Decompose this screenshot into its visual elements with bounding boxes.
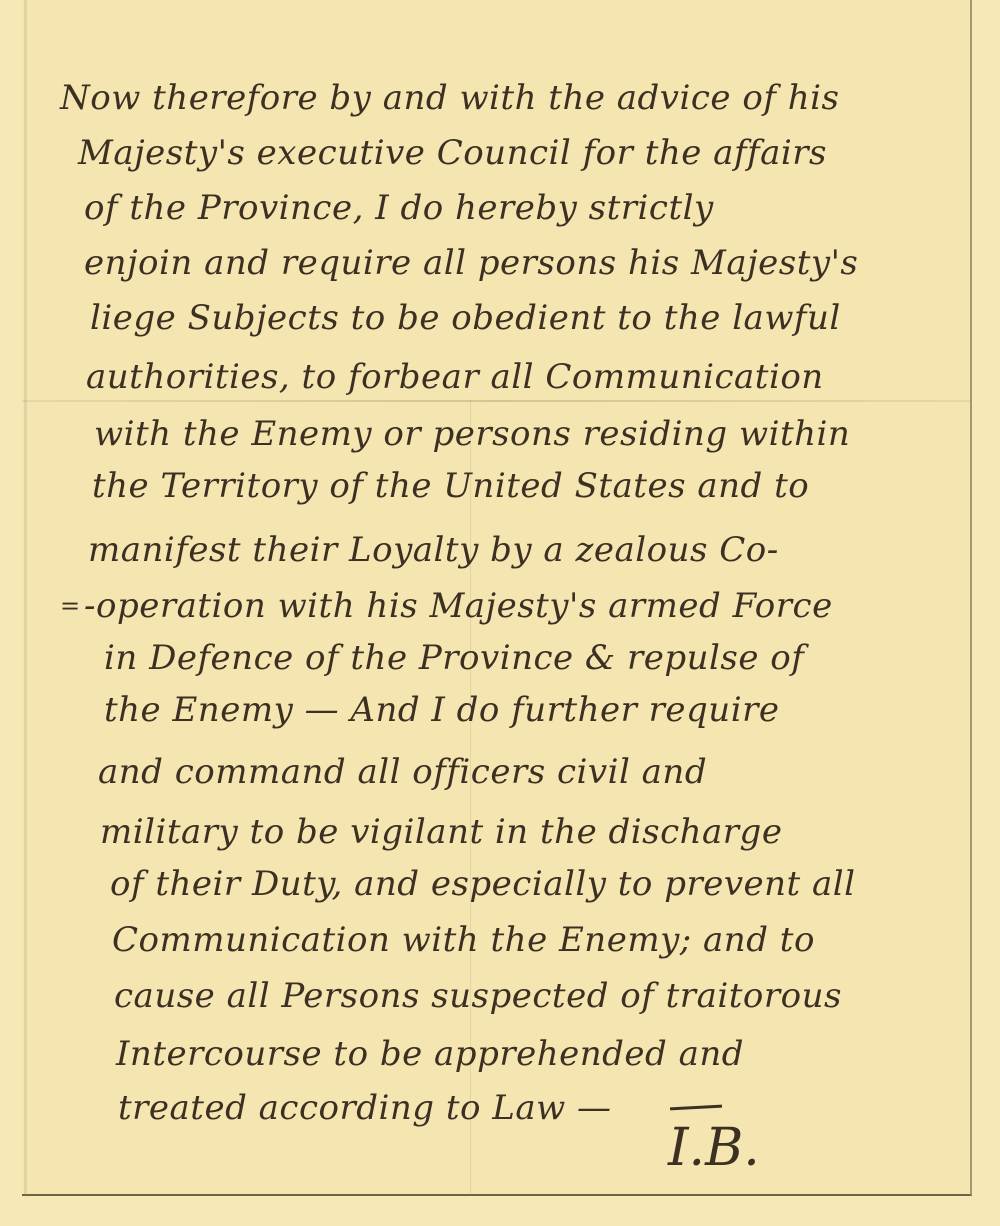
text-line-6: authorities, to forbear all Communicatio… <box>86 357 824 397</box>
text-line-14: military to be vigilant in the discharge <box>100 812 782 852</box>
text-line-11: in Defence of the Province & repulse of <box>104 638 804 678</box>
signature-initials: I.B. <box>668 1118 760 1178</box>
text-line-16: Communication with the Enemy; and to <box>112 920 815 960</box>
text-line-19: treated according to Law — <box>118 1088 612 1128</box>
text-line-13: and command all officers civil and <box>98 752 707 792</box>
text-line-2: Majesty's executive Council for the affa… <box>78 133 827 173</box>
text-line-8: the Territory of the United States and t… <box>92 466 809 506</box>
text-line-4: enjoin and require all persons his Majes… <box>84 243 858 283</box>
page-left-edge <box>24 0 27 1196</box>
text-line-17: cause all Persons suspected of traitorou… <box>114 976 842 1016</box>
text-line-9: manifest their Loyalty by a zealous Co- <box>88 530 779 570</box>
vertical-fold-crease <box>470 400 471 1196</box>
text-line-7: with the Enemy or persons residing withi… <box>94 414 850 454</box>
text-line-12: the Enemy — And I do further require <box>104 690 779 730</box>
text-line-18: Intercourse to be apprehended and <box>116 1034 744 1074</box>
text-line-10: -operation with his Majesty's armed Forc… <box>84 586 833 626</box>
margin-hyphen-mark: = <box>60 592 80 620</box>
text-line-3: of the Province, I do hereby strictly <box>84 188 714 228</box>
text-line-5: liege Subjects to be obedient to the law… <box>90 298 841 338</box>
text-line-1: Now therefore by and with the advice of … <box>60 78 839 118</box>
text-line-15: of their Duty, and especially to prevent… <box>110 864 856 904</box>
horizontal-fold-crease <box>22 400 972 402</box>
